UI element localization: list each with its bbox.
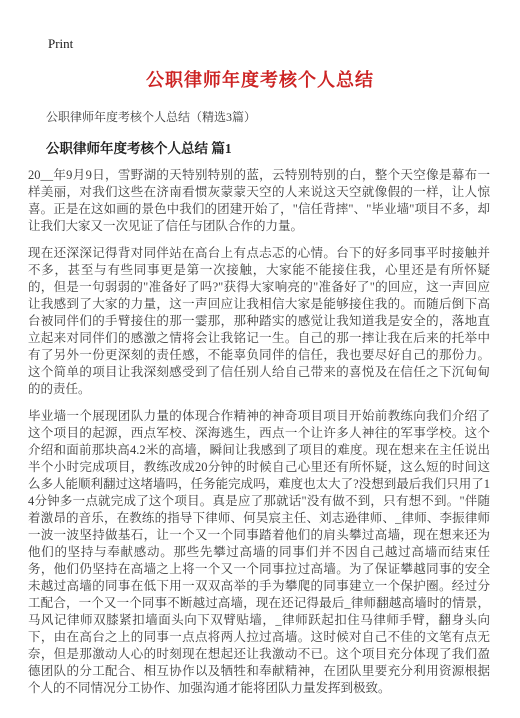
paragraph-1: 20__年9月9日，雪野湖的天特别特别的蓝，云特别特别的白，整个天空像是幕布一样… xyxy=(28,167,490,235)
section-heading-part1: 公职律师年度考核个人总结 篇1 xyxy=(46,137,490,157)
paragraph-3: 毕业墙一个展现团队力量的体现合作精神的神奇项目项目开始前教练向我们介绍了这个项目… xyxy=(28,408,490,697)
paragraph-2: 现在还深深记得背对同伴站在高台上有点忐忑的心情。台下的好多同事平时接触并不多，甚… xyxy=(28,245,490,398)
page-title: 公职律师年度考核个人总结 xyxy=(30,66,490,92)
document-page: Print 公职律师年度考核个人总结 公职律师年度考核个人总结（精选3篇） 公职… xyxy=(0,0,520,718)
doc-subtitle: 公职律师年度考核个人总结（精选3篇） xyxy=(46,108,490,125)
print-link[interactable]: Print xyxy=(48,36,73,52)
